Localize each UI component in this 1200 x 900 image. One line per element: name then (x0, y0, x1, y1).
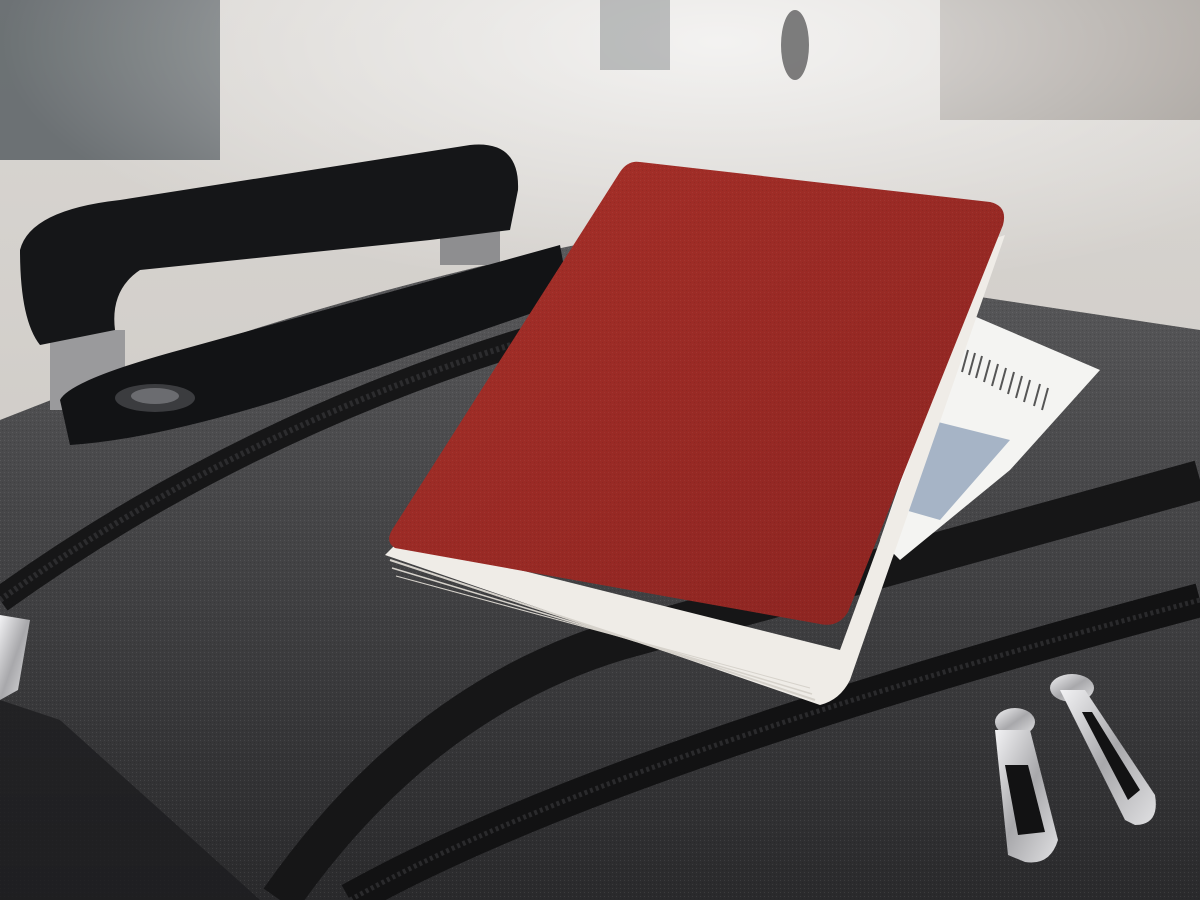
photo-illustration (0, 0, 1200, 900)
photo-scene (0, 0, 1200, 900)
